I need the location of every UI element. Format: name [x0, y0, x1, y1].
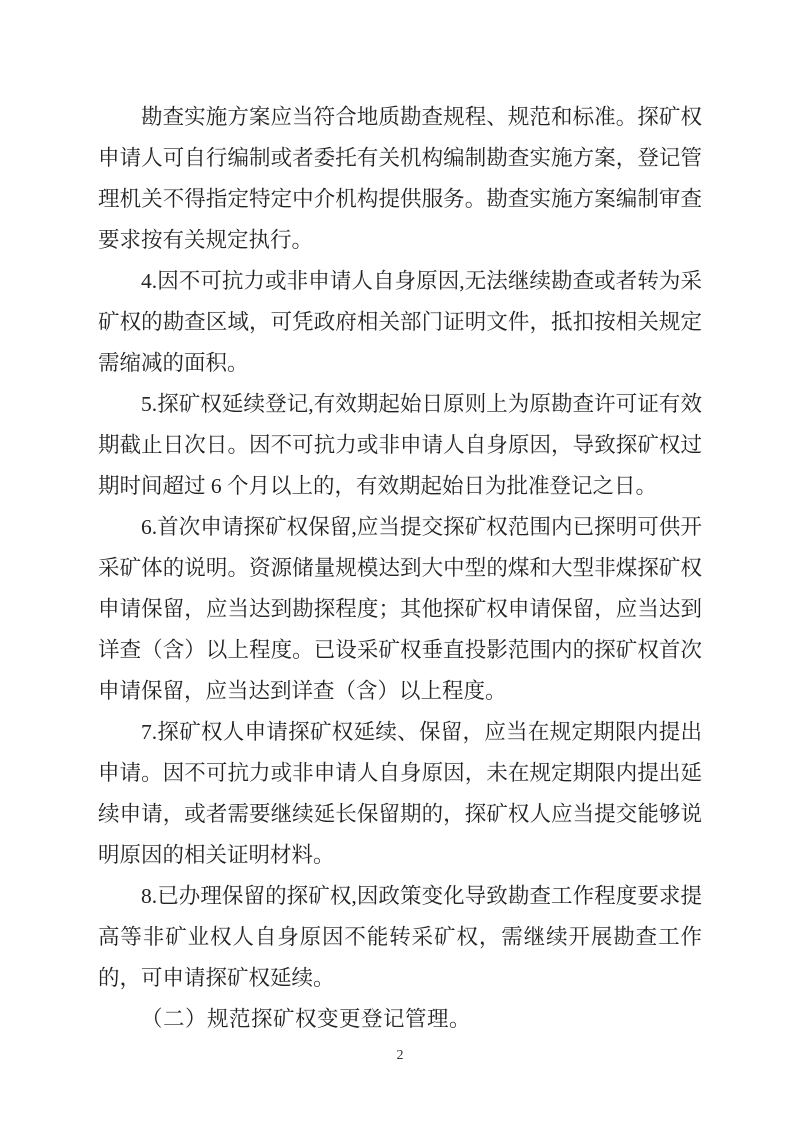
paragraph-clause-5: 5.探矿权延续登记,有效期起始日原则上为原勘查许可证有效期截止日次日。因不可抗力…: [98, 384, 702, 507]
page-number: 2: [0, 1048, 800, 1064]
paragraph-clause-7: 7.探矿权人申请探矿权延续、保留，应当在规定期限内提出申请。因不可抗力或非申请人…: [98, 712, 702, 876]
paragraph-clause-6: 6.首次申请探矿权保留,应当提交探矿权范围内已探明可供开采矿体的说明。资源储量规…: [98, 507, 702, 712]
document-page: 勘查实施方案应当符合地质勘查规程、规范和标准。探矿权申请人可自行编制或者委托有关…: [0, 0, 800, 1132]
paragraph-clause-4: 4.因不可抗力或非申请人自身原因,无法继续勘查或者转为采矿权的勘查区域，可凭政府…: [98, 261, 702, 384]
section-heading-2: （二）规范探矿权变更登记管理。: [98, 999, 702, 1040]
document-body: 勘查实施方案应当符合地质勘查规程、规范和标准。探矿权申请人可自行编制或者委托有关…: [98, 97, 702, 1040]
paragraph-exploration-plan: 勘查实施方案应当符合地质勘查规程、规范和标准。探矿权申请人可自行编制或者委托有关…: [98, 97, 702, 261]
paragraph-clause-8: 8.已办理保留的探矿权,因政策变化导致勘查工作程度要求提高等非矿业权人自身原因不…: [98, 876, 702, 999]
